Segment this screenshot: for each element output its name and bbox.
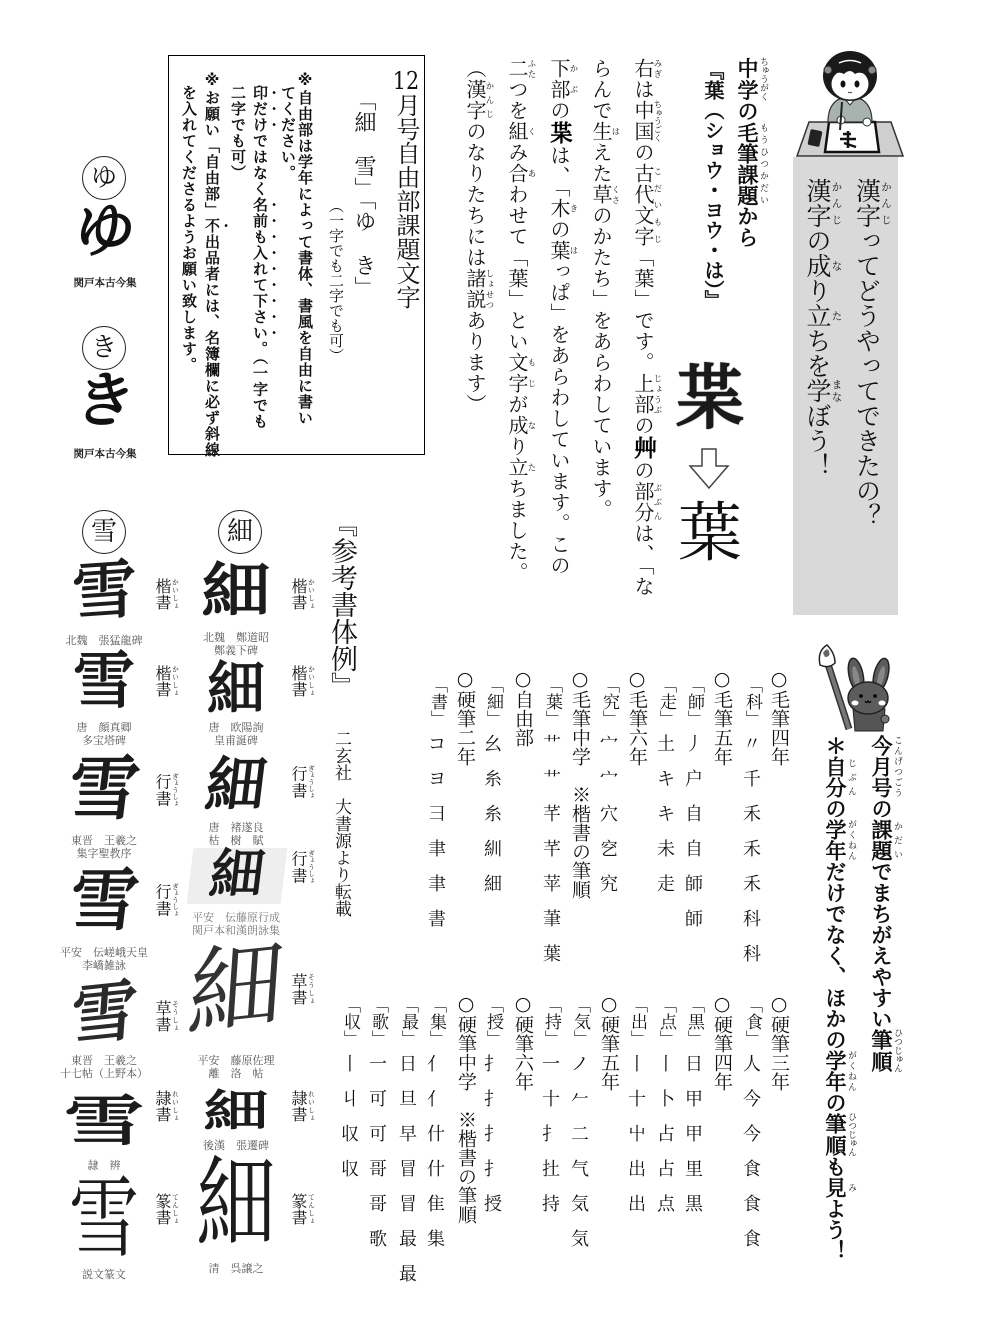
stroke-step: 走: [654, 867, 678, 902]
stroke-step: 点: [654, 1187, 678, 1222]
lesson-line: 二ふたつを組くみ合あわせて「葉」とい文字もじが成なり立たちました。: [496, 58, 538, 597]
stroke-step: 扌: [481, 1117, 505, 1152]
calligraphy-sample-yuki-tensho: 雪: [60, 1175, 147, 1264]
stroke-step: 什: [424, 1152, 448, 1187]
free-rule-line: ※自由部は学年によって書体、書風を自由に書い: [295, 71, 315, 426]
stroke-step: キ: [654, 762, 678, 797]
stroke-step: 収: [338, 1117, 362, 1152]
stroke-step: 彐: [425, 797, 449, 832]
stroke-step: 師: [682, 867, 706, 902]
stroke-step: 人: [740, 1047, 764, 1082]
stroke-step: 聿: [425, 832, 449, 867]
grade-group-label: ○硬筆二年: [453, 668, 477, 766]
grade-group-label: ○毛筆六年: [625, 668, 649, 766]
free-rule-line: 二字でも可）: [228, 85, 248, 181]
style-label: 楷書かいしょ: [151, 665, 179, 697]
grade-group-label: ○硬筆中学 ※楷書の筆順: [454, 993, 478, 1224]
stroke-step: 可: [366, 1082, 390, 1117]
stroke-order-char-label: 「点」: [654, 996, 678, 1047]
stroke-step: 里: [682, 1152, 706, 1187]
style-label: 草書そうしょ: [287, 973, 315, 1005]
stroke-step: 収: [338, 1152, 362, 1187]
caption-line: 十七帖（上野本）: [50, 1067, 158, 1080]
lesson-line: らんで生はえた草くさのかたち」をあらわしています。: [580, 58, 622, 597]
stroke-order-column: 「書」 コ ヨ 彐 聿 聿 書: [425, 676, 449, 937]
style-label: 行書ぎょうしょ: [151, 773, 179, 807]
stroke-step: 気: [568, 1187, 592, 1222]
stroke-step: 糸: [481, 797, 505, 832]
lesson-line: （漢字かんじのなりたちには諸説しょせつあります）: [454, 58, 496, 597]
stroke-step: 食: [740, 1187, 764, 1222]
stroke-step: 可: [366, 1117, 390, 1152]
stroke-order-column: 「究」 宀 宀 穴 穵 究: [597, 676, 621, 902]
stroke-step: 旦: [396, 1082, 420, 1117]
stroke-step: 聿: [425, 867, 449, 902]
stroke-step: 气: [568, 1152, 592, 1187]
ancient-form-glyph: 枼: [674, 358, 746, 438]
stroke-order-char-label: 「授」: [481, 996, 505, 1047]
style-label: 行書ぎょうしょ: [287, 765, 315, 799]
stroke-step: 扌: [539, 1117, 563, 1152]
stroke-order-column: 「点」 丨 卜 占 占 点: [654, 996, 678, 1222]
title-line-1: 漢字かんじってどうやってできたの？: [843, 178, 893, 528]
stroke-order-column: 「持」 一 十 扌 扗 持: [539, 996, 563, 1222]
stroke-order-column: 「収」 丨 丩 収 収: [338, 996, 362, 1187]
stroke-order-column: 「食」 人 今 今 食 食 食: [740, 996, 764, 1257]
stroke-step: 一: [366, 1047, 390, 1082]
free-rule-line: ※お願い「自由部」不出品者には、名簿欄に必ず斜線: [202, 71, 230, 458]
stroke-step: 出: [625, 1152, 649, 1187]
free-section-box: 12月号自由部課題文字 「細 雪」「ゆ き」 （一字でも二字でも可） ※自由部は…: [168, 55, 425, 455]
stroke-step: 冒: [396, 1152, 420, 1187]
stroke-order-column: 「歌」 一 可 可 哥 哥 歌: [366, 996, 390, 1257]
stroke-step: 糸: [481, 762, 505, 797]
free-rule-line: 印だけではなく名前も入れて下さい。（一字でも: [250, 85, 278, 430]
stroke-order-char-label: 「収」: [338, 996, 362, 1047]
stroke-order-column: 「出」 丨 十 屮 出 出: [625, 996, 649, 1222]
stroke-step: 土: [654, 727, 678, 762]
caption-line: 唐 顔真卿: [50, 721, 158, 734]
stroke-step: 黒: [682, 1187, 706, 1222]
stroke-step: 日: [396, 1047, 420, 1082]
stroke-step: 户: [682, 762, 706, 797]
stroke-step: 甲: [682, 1117, 706, 1152]
stroke-step: 占: [654, 1117, 678, 1152]
stroke-step: 哥: [366, 1187, 390, 1222]
caption-line: 多宝塔碑: [50, 734, 158, 747]
stroke-step: 授: [481, 1187, 505, 1222]
stroke-step: 科: [740, 937, 764, 972]
stroke-order-heading: 今月号こんげつごうの課題かだいでまちがえやすい筆順ひつじゅん: [866, 735, 902, 1073]
stroke-order-column: 「授」 扌 扌 扌 扌 授: [481, 996, 505, 1222]
style-label: 隷書れいしょ: [287, 1090, 315, 1122]
kana-caption: 関戸本古今集: [62, 275, 148, 290]
stroke-step: 食: [740, 1222, 764, 1257]
stroke-step: 艹: [540, 762, 564, 797]
stroke-order-column: 「黒」 日 甲 甲 里 黒: [682, 996, 706, 1222]
grade-group-label: ○毛筆四年: [767, 668, 791, 766]
stroke-step: 穴: [597, 797, 621, 832]
stroke-step: 歌: [366, 1222, 390, 1257]
title-text: 漢字かんじってどうやってできたの？ 漢字かんじの成なり立たちを学まなぼう！: [793, 178, 892, 528]
stroke-step: 十: [539, 1082, 563, 1117]
stroke-step: 丨: [654, 1047, 678, 1082]
style-label: 篆書てんしょ: [287, 1193, 315, 1225]
sample-caption: 東晋 王羲之十七帖（上野本）: [50, 1054, 158, 1080]
free-rule-line: てください。: [278, 85, 298, 181]
caption-line: 離 洛 帖: [182, 1067, 290, 1080]
style-label: 隷書れいしょ: [151, 1090, 179, 1122]
caption-line: 皇甫誕碑: [182, 734, 290, 747]
stroke-step: 禾: [740, 832, 764, 867]
grade-group-label: ○硬筆三年: [767, 993, 791, 1091]
style-label: 行書ぎょうしょ: [287, 850, 315, 884]
stroke-order-column: 「気」 ノ 𠂉 二 气 気 気: [568, 996, 592, 1257]
stroke-step: 出: [625, 1187, 649, 1222]
sample-caption: 唐 欧陽詢皇甫誕碑: [182, 721, 290, 747]
stroke-step: 未: [654, 832, 678, 867]
lesson-body: 右みぎは中国ちゅうごくの古代文字こだいもじ「葉」です。上部じょうぶの艸の部分ぶぶ…: [454, 58, 664, 597]
stroke-step: 師: [682, 902, 706, 937]
stroke-step: 哥: [366, 1152, 390, 1187]
sample-caption: 平安 伝嵯峨天皇李嶠雑詠: [50, 946, 158, 972]
stroke-order-char-label: 「集」: [424, 996, 448, 1047]
stroke-order-column: 「師」 丿 户 自 自 師 師: [682, 676, 706, 937]
style-label: 楷書かいしょ: [151, 578, 179, 610]
caption-line: 集字聖教序: [50, 847, 158, 860]
calligraphy-sample-yuki-reisho: 雪: [52, 1095, 157, 1149]
grade-group-label: ○硬筆六年: [511, 993, 535, 1091]
stroke-order-char-label: 「持」: [539, 996, 563, 1047]
stroke-order-column: 「細」 幺 糸 糸 紃 細: [481, 676, 505, 902]
caption-line: 唐 褚遂良: [182, 821, 290, 834]
kana-calligraphy-ki: き: [65, 368, 144, 434]
stroke-step: 紃: [481, 832, 505, 867]
calligraphy-sample-yuki-gyosho-1: 雪: [54, 754, 155, 824]
style-label: 篆書てんしょ: [151, 1193, 179, 1225]
style-label: 草書そうしょ: [151, 1000, 179, 1032]
style-label: 楷書かいしょ: [287, 578, 315, 610]
grade-group-label: ○自由部: [511, 668, 535, 747]
stroke-order-char-label: 「書」: [425, 676, 449, 727]
sample-caption: 清 呉譲之: [182, 1262, 290, 1275]
stroke-step: 二: [568, 1117, 592, 1152]
stroke-step: 食: [740, 1152, 764, 1187]
stroke-step: 十: [625, 1082, 649, 1117]
caption-line: 平安 伝嵯峨天皇: [50, 946, 158, 959]
grade-group-label: ○硬筆四年: [710, 993, 734, 1091]
stroke-order-char-label: 「究」: [597, 676, 621, 727]
stroke-step: 宀: [597, 762, 621, 797]
stroke-step: 一: [539, 1047, 563, 1082]
grade-group-label: ○毛筆中学 ※楷書の筆順: [568, 668, 592, 899]
lesson-subject: 『葉（ショウ・ヨウ・は）』: [696, 57, 730, 310]
calligraphy-sample-hoso-kaisho-1: 細: [185, 562, 286, 622]
stroke-order-char-label: 「黒」: [682, 996, 706, 1047]
stroke-step: 艹: [540, 727, 564, 762]
stroke-step: ノ: [568, 1047, 592, 1082]
caption-line: 北魏 鄭道昭: [182, 631, 290, 644]
stroke-order-column: 「科」 〃 千 禾 禾 禾 科 科: [740, 676, 764, 972]
stroke-step: 自: [682, 832, 706, 867]
style-label: 楷書かいしょ: [287, 665, 315, 697]
modern-form-glyph: 葉: [674, 498, 746, 570]
stroke-step: 冒: [396, 1187, 420, 1222]
stroke-step: 什: [424, 1117, 448, 1152]
kana-caption: 関戸本古今集: [62, 446, 148, 461]
stroke-step: 日: [682, 1047, 706, 1082]
reference-circle-hoso: 細: [218, 510, 262, 554]
stroke-step: 今: [740, 1082, 764, 1117]
stroke-order-char-label: 「科」: [740, 676, 764, 727]
sample-caption: 平安 藤原佐理離 洛 帖: [182, 1054, 290, 1080]
caption-line: 東晋 王羲之: [50, 1054, 158, 1067]
stroke-step: 幺: [481, 727, 505, 762]
calligraphy-sample-hoso-sosho: 細: [185, 936, 287, 1043]
lesson-heading-block: 中学ちゅうがくの毛筆課題もうひつかだいから 『葉（ショウ・ヨウ・は）』: [696, 57, 768, 310]
stroke-step: 集: [424, 1222, 448, 1257]
stroke-step: 細: [481, 867, 505, 902]
sample-caption: 説文篆文: [50, 1268, 158, 1281]
stroke-step: 丨: [625, 1047, 649, 1082]
stroke-order-char-label: 「歌」: [366, 996, 390, 1047]
stroke-step: 丨: [338, 1047, 362, 1082]
style-label: 行書ぎょうしょ: [151, 883, 179, 917]
stroke-order-char-label: 「走」: [654, 676, 678, 727]
stroke-step: 亻: [424, 1082, 448, 1117]
stroke-order-char-label: 「最」: [396, 996, 420, 1047]
stroke-step: 丩: [338, 1082, 362, 1117]
calligraphy-sample-yuki-gyosho-2: 雪: [54, 868, 154, 936]
caption-line: 李嶠雑詠: [50, 959, 158, 972]
stroke-step: キ: [654, 797, 678, 832]
reference-source: 二玄社 大書源より転載: [329, 730, 353, 917]
stroke-order-char-label: 「葉」: [540, 676, 564, 727]
stroke-step: 〃: [740, 727, 764, 762]
free-section-subjects: 「細 雪」「ゆ き」: [348, 89, 378, 298]
lesson-line: 下部かぶの枼は、「木きの葉はっぱ」をあらわしています。この: [538, 58, 580, 597]
stroke-step: 卜: [654, 1082, 678, 1117]
calligraphy-sample-hoso-gyosho-1: 細: [188, 756, 283, 816]
stroke-step: 甲: [682, 1082, 706, 1117]
stroke-step: 千: [740, 762, 764, 797]
stroke-step: 扗: [539, 1152, 563, 1187]
stroke-order-char-label: 「細」: [481, 676, 505, 727]
stroke-step: 扌: [481, 1152, 505, 1187]
stroke-step: 丿: [682, 727, 706, 762]
stroke-step: 葉: [540, 937, 564, 972]
stroke-order-column: 「最」 日 旦 早 冒 冒 最 最: [396, 996, 420, 1292]
stroke-step: 穵: [597, 832, 621, 867]
stroke-step: 𠂉: [568, 1082, 592, 1117]
stroke-step: 書: [425, 902, 449, 937]
sample-caption: 北魏 鄭道昭鄭義下碑: [182, 631, 290, 657]
lesson-line: 右みぎは中国ちゅうごくの古代文字こだいもじ「葉」です。上部じょうぶの艸の部分ぶぶ…: [622, 58, 664, 597]
stroke-order-column: 「走」 土 キ キ 未 走: [654, 676, 678, 902]
title-banner: 漢字かんじってどうやってできたの？ 漢字かんじの成なり立たちを学まなぼう！: [793, 157, 898, 615]
sample-caption: 東晋 王羲之集字聖教序: [50, 834, 158, 860]
caption-line: 東晋 王羲之: [50, 834, 158, 847]
caption-line: 平安 伝藤原行成: [182, 911, 290, 924]
stroke-step: 早: [396, 1117, 420, 1152]
stroke-step: 扌: [481, 1047, 505, 1082]
stroke-order-char-label: 「気」: [568, 996, 592, 1047]
kana-circle-yu: ゆ: [82, 156, 126, 200]
stroke-step: 屮: [625, 1117, 649, 1152]
stroke-step: 亻: [424, 1047, 448, 1082]
stroke-step: 持: [539, 1187, 563, 1222]
reference-circle-yuki: 雪: [82, 510, 126, 554]
stroke-step: 芊: [540, 832, 564, 867]
kana-calligraphy-yu: ゆ: [65, 198, 144, 264]
stroke-step: ヨ: [425, 762, 449, 797]
calligraphy-sample-hoso-kaisho-2: 細: [192, 660, 280, 718]
stroke-step: 苹: [540, 867, 564, 902]
kana-circle-ki: き: [82, 326, 126, 370]
stroke-step: 宀: [597, 727, 621, 762]
stroke-step: 最: [396, 1222, 420, 1257]
stroke-step: コ: [425, 727, 449, 762]
stroke-step: 芊: [540, 797, 564, 832]
stroke-step: 占: [654, 1152, 678, 1187]
stroke-step: 自: [682, 797, 706, 832]
down-arrow-outline-icon: [688, 448, 730, 490]
free-section-title: 12月号自由部課題文字: [391, 69, 421, 309]
sample-caption: 唐 顔真卿多宝塔碑: [50, 721, 158, 747]
stroke-order-char-label: 「師」: [682, 676, 706, 727]
calligraphy-sample-hoso-gyosho-2: 細: [187, 848, 288, 904]
free-section-note: （一字でも二字でも可）: [326, 198, 346, 363]
stroke-order-subheading: ＊自分じぶんの学年がくねんだけでなく、ほかの学年がくねんの筆順ひつじゅんも見みよ…: [820, 735, 856, 1261]
caption-line: 平安 藤原佐理: [182, 1054, 290, 1067]
caption-line: 唐 欧陽詢: [182, 721, 290, 734]
stroke-step: 茟: [540, 902, 564, 937]
free-rule-line: を入れてくださるようお願い致します。: [179, 85, 199, 373]
stroke-step: 扌: [481, 1082, 505, 1117]
stroke-step: 気: [568, 1222, 592, 1257]
calligraphy-sample-yuki-sosho: 雪: [58, 975, 150, 1051]
calligraphy-sample-yuki-kaisho-2: 雪: [60, 650, 148, 712]
reference-title: 『参考書体例』: [324, 510, 358, 699]
stroke-order-column: 「集」 亻 亻 什 什 隹 集: [424, 996, 448, 1257]
title-line-2: 漢字かんじの成なり立たちを学まなぼう！: [793, 178, 843, 528]
girl-writing-calligraphy-icon: [795, 30, 905, 158]
stroke-order-column: 「葉」 艹 艹 芊 芊 苹 茟 葉: [540, 676, 564, 972]
stroke-step: 最: [396, 1257, 420, 1292]
grade-group-label: ○毛筆五年: [710, 668, 734, 766]
stroke-step: 科: [740, 902, 764, 937]
stroke-order-char-label: 「食」: [740, 996, 764, 1047]
calligraphy-sample-yuki-kaisho-1: 雪: [60, 557, 148, 627]
stroke-step: 究: [597, 867, 621, 902]
stroke-step: 禾: [740, 867, 764, 902]
stroke-step: 隹: [424, 1187, 448, 1222]
grade-group-label: ○硬筆五年: [597, 993, 621, 1091]
stroke-order-char-label: 「出」: [625, 996, 649, 1047]
calligraphy-sample-hoso-reisho: 細: [186, 1090, 286, 1134]
stroke-step: 禾: [740, 797, 764, 832]
lesson-heading: 中学ちゅうがくの毛筆課題もうひつかだいから: [730, 57, 768, 310]
calligraphy-sample-hoso-tensho: 細: [192, 1154, 279, 1255]
caption-line: 説文篆文: [50, 1268, 158, 1281]
stroke-step: 今: [740, 1117, 764, 1152]
caption-line: 清 呉譲之: [182, 1262, 290, 1275]
rabbit-with-brush-icon: [815, 643, 895, 733]
